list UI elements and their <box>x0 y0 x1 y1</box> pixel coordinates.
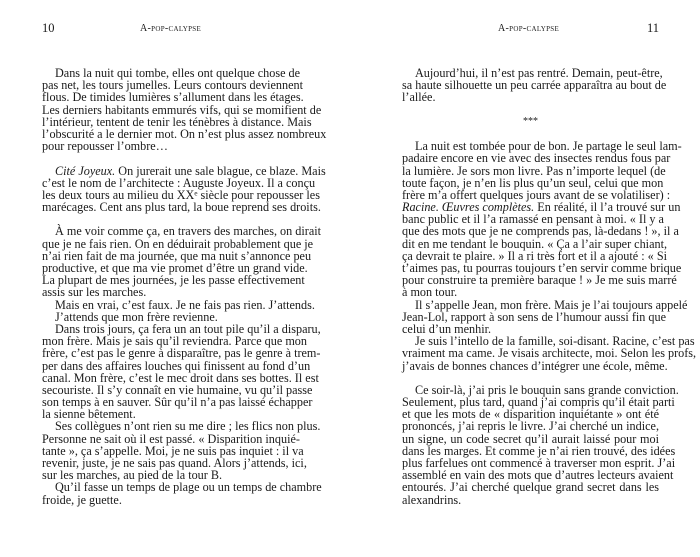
text-line: flous. De timides lumières s’allument da… <box>42 91 299 103</box>
text-line: Personne ne sait où il est passé. « Disp… <box>42 433 299 445</box>
right-page: A-pop-calypse 11 Aujourd’hui, il n’est p… <box>350 0 700 557</box>
text-line: Mais en vrai, c’est faux. Je ne fais pas… <box>42 299 299 311</box>
left-page: 10 A-pop-calypse Dans la nuit qui tombe,… <box>0 0 350 557</box>
running-head: A-pop-calypse <box>140 22 201 36</box>
text-line: entourés. J’ai cherché quelque grand sec… <box>402 481 659 493</box>
text-line: per dans des affaires louches qui finiss… <box>42 360 299 372</box>
text-line: Qu’il fasse un temps de plage ou un temp… <box>42 481 299 493</box>
text-line: la lumière. Je sors mon livre. Pas n’imp… <box>402 165 659 177</box>
text-line: sa haute silhouette un peu carrée appara… <box>402 79 659 91</box>
paragraph-gap <box>402 104 659 116</box>
body-text: Dans la nuit qui tombe, elles ont quelqu… <box>42 67 299 506</box>
text-line: à mon tour. <box>402 286 659 298</box>
text-line: marécages. Cent ans plus tard, la boue r… <box>42 201 299 213</box>
text-line: alexandrins. <box>402 494 659 506</box>
text-line: l’allée. <box>402 91 659 103</box>
page-number: 11 <box>647 21 659 35</box>
text-line: frère, c’est pas le genre à disparaître,… <box>42 347 299 359</box>
text-line: dit en me tendant le bouquin. « Ça a l’a… <box>402 238 659 250</box>
text-line: padaire encore en vie avec des insectes … <box>402 152 659 164</box>
text-line: que je ne fais rien. On en déduirait pro… <box>42 238 299 250</box>
text-line: pour repousser l’ombre… <box>42 140 299 152</box>
text-line: Il s’appelle Jean, mon frère. Mais je l’… <box>402 299 659 311</box>
text-line: prononcés, j’ai repris le livre. J’ai ch… <box>402 420 659 432</box>
text-line: Ses collègues n’ont rien su me dire ; le… <box>42 420 299 432</box>
text-line: j’avais de bonnes chances d’intégrer une… <box>402 360 659 372</box>
text-line: que des mots que je ne comprends pas, là… <box>402 225 659 237</box>
text-line: À me voir comme ça, en travers des march… <box>42 225 299 237</box>
body-text: Aujourd’hui, il n’est pas rentré. Demain… <box>402 67 659 506</box>
section-separator: *** <box>402 116 659 128</box>
running-head: A-pop-calypse <box>498 22 559 36</box>
text-line: vraiment ma came. Je visais architecte, … <box>402 347 659 359</box>
text-line: un signe, un code secret qu’il aurait la… <box>402 433 659 445</box>
text-line: froide, je guette. <box>42 494 299 506</box>
text-line: assis sur les marches. <box>42 286 299 298</box>
text-line: Cité Joyeux. On jurerait une sale blague… <box>42 165 299 177</box>
text-line: Les derniers habitants emmurés vifs, qui… <box>42 104 299 116</box>
page-number: 10 <box>42 21 55 35</box>
